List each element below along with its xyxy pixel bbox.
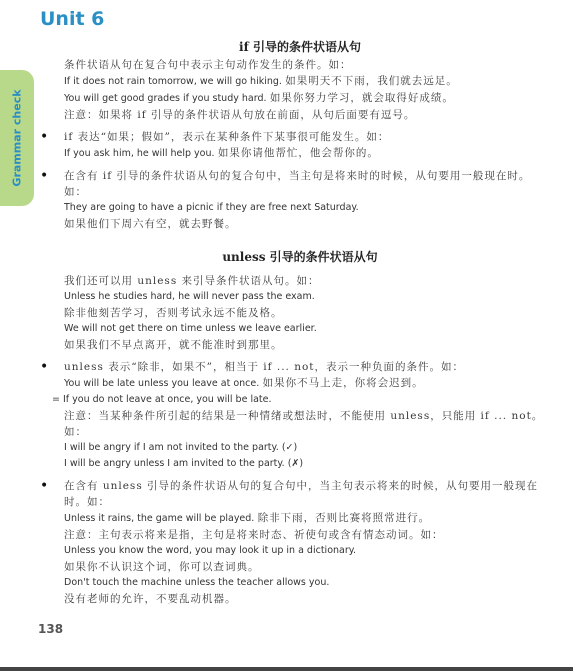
unless-bullet-2-cont: 时。如： [40,494,560,510]
if-bullet-2: 在含有 if 引导的条件状语从句的复合句中，当主句是将来时的时候，从句要用一般现… [40,168,560,184]
unless-bullet-2-example-2-zh: 如果你不认识这个词，你可以查词典。 [40,559,560,575]
if-intro: 条件状语从句在复合句中表示主句动作发生的条件。如： [40,57,560,73]
unless-bullet-2: 在含有 unless 引导的条件状语从句的复合句中，当主句表示将来的时候，从句要… [40,478,560,494]
unless-note: 注意：当某种条件所引起的结果是一种情绪或想法时，不能使用 unless，只能用 … [40,408,560,424]
correct-example: I will be angry if I am not invited to t… [40,440,560,456]
unless-bullet-1-example: You will be late unless you leave at onc… [40,375,560,392]
section-title-unless: unless 引导的条件状语从句 [40,248,560,265]
if-bullet-1-example: If you ask him, he will help you. 如果你请他帮… [40,145,560,162]
unless-bullet-2-example-1: Unless it rains, the game will be played… [40,510,560,527]
unless-note-ru: 如： [40,424,560,440]
incorrect-example: I will be angry unless I am invited to t… [40,456,560,472]
if-bullet-2-ru: 如： [40,184,560,200]
unless-bullet-2-example-2-en: Unless you know the word, you may look i… [40,543,560,559]
side-tab-label: Grammar check [11,89,24,186]
section-title-if: if 引导的条件状语从句 [40,38,560,55]
if-example-2: You will get good grades if you study ha… [40,90,560,107]
unit-title: Unit 6 [40,8,104,30]
unless-bullet-2-example-3-en: Don't touch the machine unless the teach… [40,575,560,591]
grammar-check-tab: Grammar check [0,70,34,206]
unless-example-2-zh: 如果我们不早点离开，就不能准时到那里。 [40,337,560,353]
page-number: 138 [38,622,63,636]
bottom-bar [0,667,573,671]
unless-bullet-1: unless 表示“除非，如果不”，相当于 if ... not，表示一种负面的… [40,359,560,375]
unless-bullet-2-note: 注意：主句表示将来是指，主句是将来时态、祈使句或含有情态动词。如： [40,527,560,543]
unless-example-1-zh: 除非他刻苦学习，否则考试永远不能及格。 [40,305,560,321]
page-content: if 引导的条件状语从句 条件状语从句在复合句中表示主句动作发生的条件。如： I… [40,38,560,607]
unless-bullet-1-equivalent: = If you do not leave at once, you will … [40,392,560,408]
unless-example-1-en: Unless he studies hard, he will never pa… [40,289,560,305]
if-bullet-2-example-en: They are going to have a picnic if they … [40,200,560,216]
if-bullet-2-example-zh: 如果他们下周六有空，就去野餐。 [40,216,560,232]
unless-example-2-en: We will not get there on time unless we … [40,321,560,337]
unless-bullet-2-example-3-zh: 没有老师的允许，不要乱动机器。 [40,591,560,607]
if-note: 注意：如果将 if 引导的条件状语从句放在前面，从句后面要有逗号。 [40,107,560,123]
unless-intro: 我们还可以用 unless 来引导条件状语从句。如： [40,273,560,289]
if-example-1: If it does not rain tomorrow, we will go… [40,73,560,90]
if-bullet-1: if 表达“如果；假如”，表示在某种条件下某事很可能发生。如： [40,129,560,145]
